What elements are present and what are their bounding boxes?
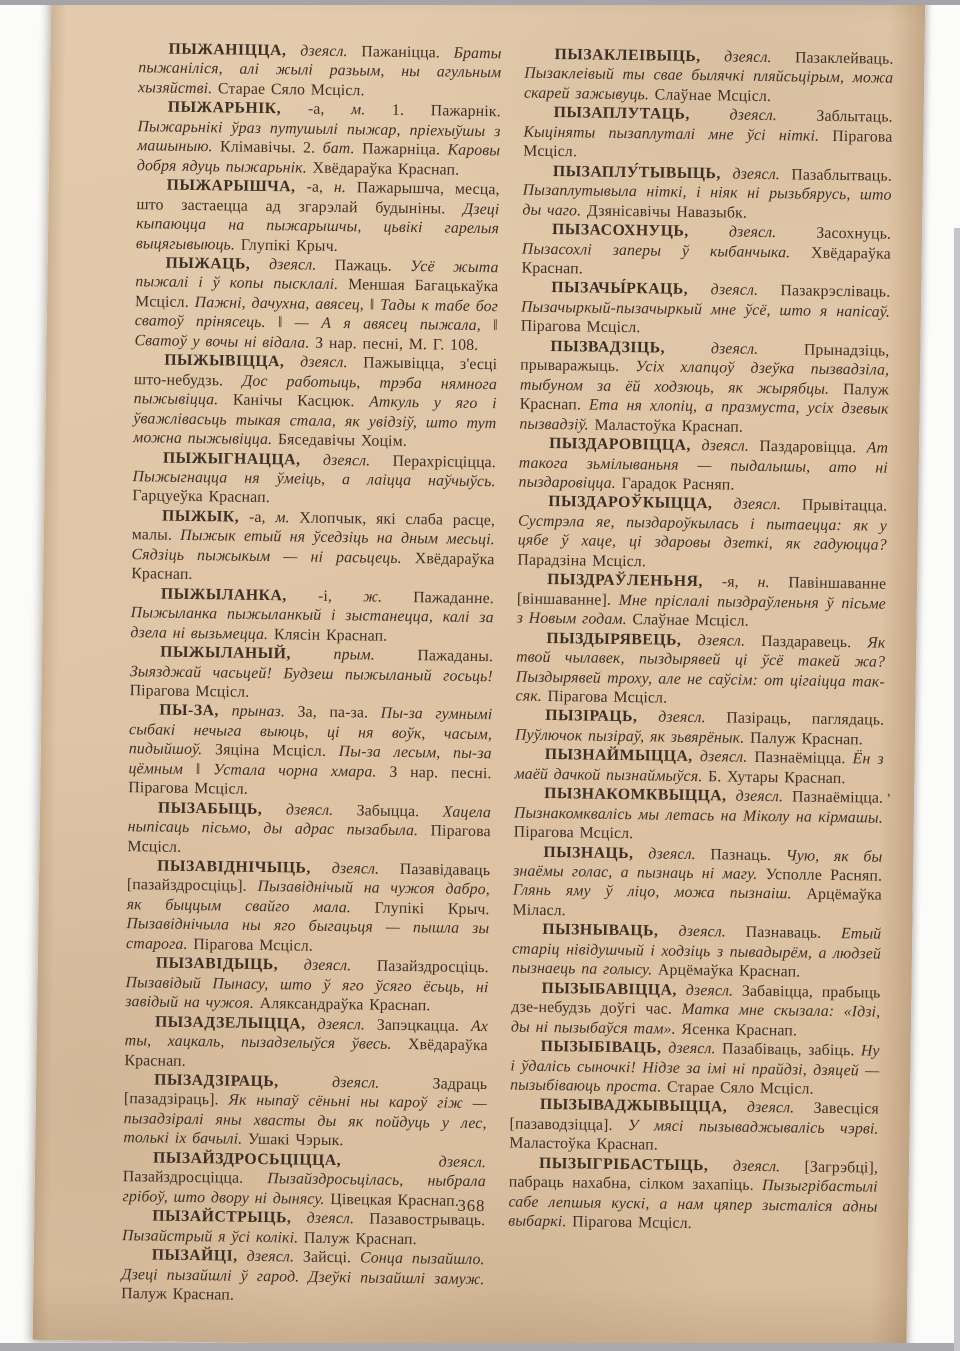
roman-run: Пажарніца.: [362, 141, 448, 159]
italic-run: м.: [275, 509, 299, 526]
roman-run: Пірагова Мсцісл.: [130, 682, 250, 701]
italic-run: дзеясл.: [711, 340, 804, 358]
italic-run: дзеясл.: [698, 632, 762, 650]
roman-run: Пазабіваць, забіць.: [722, 1041, 861, 1060]
roman-run: Маластоўка Краснап.: [509, 1135, 658, 1154]
left-column: ПЫЖАНІЦЦА, дзеясл. Пажаніцца. Браты пыжа…: [121, 39, 502, 1308]
roman-run: Глупікі Крыч.: [374, 900, 489, 919]
italic-run: дзеясл.: [332, 1074, 433, 1092]
dictionary-entry: ПЫ-ЗА, прыназ. За, па-за. Пы-за гумнымі …: [128, 701, 492, 803]
roman-run: Пірагова Мсцісл.: [521, 318, 641, 337]
roman-run: Пазнаёміцца.: [792, 789, 883, 807]
dictionary-entry: ПЫЖАРЫШЧА, -а, н. Пажарышча, месца, што …: [136, 175, 500, 258]
dictionary-entry: ПЫЗЫБАВІЦЦА, дзеясл. Забавіцца, прабыць …: [511, 978, 881, 1042]
roman-run: -а,: [249, 509, 276, 526]
italic-run: дзеясл.: [729, 224, 817, 242]
headword: ПЫЗНАКОМКВЫЦЦА,: [544, 785, 736, 805]
roman-run: Гарадок Расняп.: [621, 475, 734, 494]
roman-run: Засохнуць.: [816, 225, 891, 243]
roman-run: Пірагова Мсцісл.: [547, 688, 667, 707]
headword: ПЫЗІРАЦЬ,: [545, 707, 658, 726]
italic-run: прыназ.: [232, 703, 298, 721]
dictionary-page: ПЫЖАНІЦЦА, дзеясл. Пажаніцца. Браты пыжа…: [33, 0, 926, 1351]
headword: ПЫЗДЫРЯВЕЦЬ,: [546, 630, 698, 649]
italic-run: дзеясл.: [736, 788, 793, 806]
roman-run: Пазнаць.: [710, 846, 786, 864]
roman-run: Слаўнае Мсцісл.: [655, 86, 772, 105]
headword: ПЫЖАРЬНІК,: [168, 99, 308, 118]
italic-run: дзеясл.: [247, 1248, 303, 1266]
italic-run: дзеясл.: [304, 957, 377, 975]
italic-run: дзеясл.: [300, 354, 363, 372]
roman-run: Слаўнае Мсцісл.: [632, 611, 749, 630]
dictionary-entry: ПЫЗНЫВАЦЬ, дзеясл. Пазнаваць. Етый старі…: [512, 920, 882, 984]
roman-run: Пажаць.: [335, 257, 411, 275]
dictionary-entry: ПЫЗАВІДЫЦЬ, дзеясл. Пазайздросціць. Пыза…: [125, 953, 489, 1016]
roman-run: За, па-за.: [297, 704, 380, 722]
scanner-edge-right: [954, 228, 960, 1351]
roman-run: Старае Сяло Мсцісл.: [218, 80, 365, 99]
dictionary-entry: ПЫЗДРАЎЛЕНЬНЯ, -я, н. Павіншаванне [вінш…: [517, 570, 887, 634]
dictionary-entry: ПЫЗЫГРІБАСТЫЦЬ, дзеясл. [Загрэбці], пабр…: [508, 1153, 878, 1236]
headword: ПЫЖЫГНАЦЦА,: [163, 449, 323, 468]
italic-run: Пызнакомквалісь мы летась на Міколу на к…: [514, 804, 883, 826]
roman-run: Пазайздросціцца.: [123, 1168, 268, 1187]
headword: ПЫЗАДЗЕЛЫЦЦА,: [155, 1013, 318, 1032]
roman-run: Аляксандраўка Краснап.: [260, 995, 431, 1014]
roman-run: Пазаблытваць.: [791, 166, 892, 184]
italic-run: Кыціняты пызаплуталі мне ўсі ніткі.: [523, 123, 832, 144]
roman-run: Забыцца.: [357, 802, 443, 820]
roman-run: Старае Сяло Мсцісл.: [667, 1079, 814, 1098]
dictionary-entry: ПЫЗНАЙМЫЦЦА, дзеясл. Пазнаёміцца. Ён з м…: [514, 745, 884, 789]
roman-run: Зяціна Мсцісл.: [215, 742, 339, 761]
roman-run: Хвёдараўка Краснап.: [312, 159, 459, 178]
headword: ПЫЖЫЛАНКА,: [161, 585, 318, 604]
headword: ПЫЖАРЫШЧА,: [167, 177, 307, 196]
headword: ПЫЗНАЙМЫЦЦА,: [545, 746, 700, 765]
roman-run: Пірагова Мсцісл.: [514, 824, 634, 843]
dictionary-entry: ПЫЗАБЫЦЬ, дзеясл. Забыцца. Хацела ныпіса…: [127, 798, 491, 861]
headword: ПЫЗДРАЎЛЕНЬНЯ,: [547, 571, 722, 590]
roman-run: Гарцуеўка Краснап.: [132, 488, 270, 507]
italic-run: дзеясл.: [323, 451, 393, 469]
roman-run: Палуж Краснап.: [750, 730, 863, 749]
dictionary-entry: ПЫЖЫВІЦЦА, дзеясл. Пажывіцца, з'есці што…: [133, 350, 497, 452]
roman-run: 1. Пажарнік.: [392, 102, 501, 121]
roman-run: Арцёмаўка Краснап.: [658, 962, 801, 981]
italic-run: дзеясл.: [729, 107, 816, 125]
roman-run: Паздаровіцца.: [759, 438, 867, 456]
roman-run: Пажаданы.: [417, 647, 493, 665]
roman-run: Клясін Краснап.: [274, 626, 388, 645]
italic-run: Глянь яму ў ліцо, можа пызнаіш.: [513, 882, 807, 903]
headword: ПЫЗАПЛУТАЦЬ,: [554, 104, 730, 123]
headword: ПЫЗАЙЗДРОСЬЦІЦЦА,: [153, 1149, 439, 1170]
roman-run: Зайсці.: [303, 1249, 360, 1267]
roman-run: -а,: [308, 101, 351, 119]
roman-run: Пажаданне.: [413, 589, 494, 607]
italic-run: дзеясл.: [678, 923, 745, 941]
roman-run: -я,: [722, 574, 758, 591]
headword: ПЫЖЫК,: [162, 507, 249, 525]
headword: ПЫЗНЫВАЦЬ,: [542, 921, 678, 940]
headword: ПЫЗЫВАДЖЫВЫЦЦА,: [540, 1096, 747, 1116]
headword: ПЫ-ЗА,: [159, 702, 232, 720]
dictionary-entry: ПЫЗАПЛУТАЦЬ, дзеясл. Заблытаць. Кыціняты…: [523, 103, 893, 167]
dictionary-entry: ПЫЗАЙЦІ, дзеясл. Зайсці. Сонца пызайшло.…: [121, 1245, 485, 1308]
italic-run: Пызачыркый-пызачыркый мне ўсё, што я нап…: [521, 298, 890, 320]
roman-run: Парадзіна Мсцісл.: [517, 551, 646, 570]
dictionary-entry: ПЫЖАНІЦЦА, дзеясл. Пажаніцца. Браты пыжа…: [138, 39, 502, 102]
roman-run: Усполле Расняп.: [766, 866, 883, 885]
italic-run: дзеясл.: [332, 860, 400, 878]
italic-run: дзеясл.: [686, 982, 742, 1000]
roman-run: Палуж Краснап.: [304, 1229, 417, 1248]
roman-run: Заблытаць.: [816, 108, 893, 126]
roman-run: Пазнаёміцца.: [754, 749, 852, 767]
headword: ПЫЖАЦЬ,: [165, 255, 269, 273]
headword: ПЫЗАВІДНІЧЫЦЬ,: [157, 858, 332, 877]
dictionary-entry: ПЫЖЫК, -а, м. Хлопчык, які слаба расце, …: [131, 506, 495, 589]
roman-run: Маластоўка Краснап.: [594, 416, 743, 435]
headword: ПЫЗАПЛУ́ТЫВЫЦЬ,: [553, 163, 733, 183]
headword: ПЫЗВАДЗІЦЬ,: [550, 338, 711, 357]
margin-speck: ’: [886, 792, 891, 809]
roman-run: Пазіраць, паглядаць.: [726, 710, 884, 729]
dictionary-entry: ПЫЖЫЛАНЫЙ, прым. Пажаданы. Зыязджай чась…: [129, 642, 493, 705]
italic-run: прым.: [333, 646, 417, 664]
italic-run: дзеясл.: [732, 165, 791, 183]
dictionary-entry: ПЫЗВАДЗІЦЬ, дзеясл. Прынадзіць, прывараж…: [519, 336, 889, 438]
roman-run: -і,: [318, 587, 363, 605]
dictionary-entry: ПЫЗНАЦЬ, дзеясл. Пазнаць. Чую, як бы зна…: [512, 842, 882, 925]
italic-run: Пызасохлі заперы ў кыбанчыка.: [522, 240, 812, 261]
roman-run: Ушакі Чэрык.: [248, 1131, 344, 1149]
roman-run: Дзянісавічы Навазыбк.: [587, 202, 747, 221]
italic-run: Пыжыгнацца ня ўмеіць, а лаіцца наўчыўсь.: [133, 468, 496, 490]
headword: ПЫЗАЧЫ́РКАЦЬ,: [551, 279, 711, 298]
italic-run: Пуўлючок пызіраў, як зьвярёнык.: [515, 726, 750, 746]
dictionary-entry: ПЫЗЫБІВАЦЬ, дзеясл. Пазабіваць, забіць. …: [510, 1037, 880, 1101]
italic-run: дзеясл.: [318, 1015, 377, 1033]
italic-run: дзеясл.: [724, 48, 795, 66]
roman-run: Прывітацца.: [802, 497, 888, 515]
dictionary-entry: ПЫЗАКЛЕІВЫЦЬ, дзеясл. Пазаклейваць. Пыза…: [524, 45, 894, 109]
italic-run: Зыязджай часьцей! Будзеш пыжыланый госьц…: [130, 663, 493, 685]
roman-run: З нар. песні, М. Г. 108.: [315, 334, 478, 353]
italic-run: дзеясл.: [648, 845, 710, 863]
italic-run: ж.: [363, 588, 413, 606]
headword: ПЫЗАСОХНУЦЬ,: [552, 221, 729, 240]
headword: ПЫЗДАРОЎКЫЦЦА,: [548, 493, 734, 513]
roman-run: Глупікі Крыч.: [241, 236, 338, 254]
italic-run: бат.: [323, 140, 363, 158]
roman-run: Пазнаваць.: [746, 924, 842, 942]
roman-run: Канічы Касцюк.: [233, 392, 369, 411]
italic-run: м.: [351, 102, 392, 120]
dictionary-entry: ПЫЗАСОХНУЦЬ, дзеясл. Засохнуць. Пызасохл…: [521, 220, 891, 284]
roman-run: Бяседавічы Хоцім.: [278, 431, 407, 450]
italic-run: дзеясл.: [700, 748, 755, 766]
dictionary-entry: ПЫЗАЧЫ́РКАЦЬ, дзеясл. Пазакрэсліваць. Пы…: [521, 278, 891, 342]
dictionary-entry: ПЫЖЫГНАЦЦА, дзеясл. Перахрісціцца. Пыжыг…: [132, 448, 496, 511]
italic-run: дзеясл.: [658, 709, 726, 727]
dictionary-entry: ПЫЗЫВАДЖЫВЫЦЦА, дзеясл. Завесціся [пазав…: [509, 1095, 879, 1159]
dictionary-entry: ПЫЗНАКОМКВЫЦЦА, дзеясл. Пазнаёміцца. Пыз…: [514, 784, 884, 848]
roman-run: Пірагова Мсцісл.: [193, 936, 313, 955]
dictionary-entry: ПЫЗДАРОВІЦЦА, дзеясл. Паздаровіцца. Ат т…: [518, 434, 888, 498]
roman-run: Паздаравець.: [761, 633, 867, 651]
headword: ПЫЖЫЛАНЫЙ,: [160, 644, 334, 663]
roman-run: Пазакрэсліваць.: [780, 283, 890, 302]
scanner-edge-top: [0, 0, 960, 5]
right-column: ПЫЗАКЛЕІВЫЦЬ, дзеясл. Пазаклейваць. Пыза…: [508, 45, 894, 1237]
roman-run: Ясенка Краснап.: [681, 1021, 797, 1040]
italic-run: дзеясл.: [733, 496, 802, 514]
headword: ПЫЗАЙЦІ,: [152, 1247, 247, 1265]
italic-run: Пызайстрый я ўсі колікі.: [122, 1227, 304, 1247]
italic-run: н.: [334, 179, 357, 196]
dictionary-entry: ПЫЗАДЗЕЛЫЦЦА, дзеясл. Запэцкацца. Ах ты,…: [124, 1012, 488, 1075]
roman-run: Палуж Краснап.: [121, 1285, 234, 1304]
headword: ПЫЖЫВІЦЦА,: [164, 352, 300, 371]
roman-run: Клімавічы. 2.: [220, 139, 323, 157]
headword: ПЫЗЫБІВАЦЬ,: [541, 1038, 669, 1057]
scanner-edge-bottom: [0, 1343, 960, 1351]
italic-run: дзеясл.: [711, 282, 781, 300]
headword: ПЫЗНАЦЬ,: [543, 843, 648, 861]
headword: ПЫЗЫГРІБАСТЫЦЬ,: [539, 1155, 733, 1175]
dictionary-entry: ПЫЗДАРОЎКЫЦЦА, дзеясл. Прывітацца. Сустр…: [517, 492, 887, 575]
headword: ПЫЗАВІДЫЦЬ,: [156, 955, 304, 974]
italic-run: дзеясл.: [733, 1157, 805, 1175]
roman-run: -а,: [306, 179, 334, 196]
italic-run: дзеясл.: [286, 801, 357, 819]
italic-run: дзеясл.: [269, 256, 335, 274]
headword: ПЫЗАКЛЕІВЫЦЬ,: [554, 46, 724, 65]
roman-run: Запэцкацца.: [377, 1016, 471, 1034]
roman-run: Пазайздросціць.: [377, 958, 489, 977]
dictionary-entry: ПЫЗІРАЦЬ, дзеясл. Пазіраць, паглядаць. П…: [515, 706, 885, 750]
roman-run: Пазаклейваць.: [795, 49, 894, 67]
italic-run: н.: [757, 574, 788, 591]
headword: ПЫЖАНІЦЦА,: [168, 41, 300, 60]
italic-run: Сустрэла яе, пыздароўкылась і пытаецца: …: [518, 512, 887, 554]
headword: ПЫЗДАРОВІЦЦА,: [549, 435, 702, 454]
dictionary-entry: ПЫЗАДЗІРАЦЬ, дзеясл. Задраць [пазадзірац…: [123, 1070, 487, 1153]
roman-run: Б. Хутары Краснап.: [708, 768, 846, 787]
dictionary-entry: ПЫЖАРЬНІК, -а, м. 1. Пажарнік. Пыжарьнік…: [137, 98, 501, 181]
headword: ПЫЗАДЗІРАЦЬ,: [154, 1072, 332, 1091]
dictionary-entry: ПЫЖАЦЬ, дзеясл. Пажаць. Усё жыта пыжалі …: [134, 253, 498, 355]
headword: ПЫЗЫБАВІЦЦА,: [541, 980, 686, 999]
italic-run: дзеясл.: [701, 437, 759, 455]
roman-run: Перахрісціцца.: [392, 452, 496, 470]
italic-run: дзеясл.: [668, 1040, 722, 1058]
dictionary-entry: ПЫЖЫЛАНКА, -і, ж. Пажаданне. Пыжыланка п…: [130, 584, 494, 647]
italic-run: дзеясл.: [300, 42, 361, 60]
italic-run: У мясі пызываджывалісь чэрві.: [628, 1117, 879, 1137]
dictionary-entry: ПЫЗАВІДНІЧЫЦЬ, дзеясл. Пазавідаваць [паз…: [126, 856, 490, 958]
italic-run: дзеясл.: [439, 1153, 487, 1171]
dictionary-entry: ПЫЗАПЛУ́ТЫВЫЦЬ, дзеясл. Пазаблытваць. Пы…: [522, 161, 892, 225]
italic-run: дзеясл.: [747, 1099, 814, 1117]
roman-run: Пажаніцца.: [361, 43, 453, 61]
dictionary-entry: ПЫЗДЫРЯВЕЦЬ, дзеясл. Паздаравець. Як тво…: [515, 628, 885, 711]
headword: ПЫЗАБЫЦЬ,: [158, 799, 286, 818]
